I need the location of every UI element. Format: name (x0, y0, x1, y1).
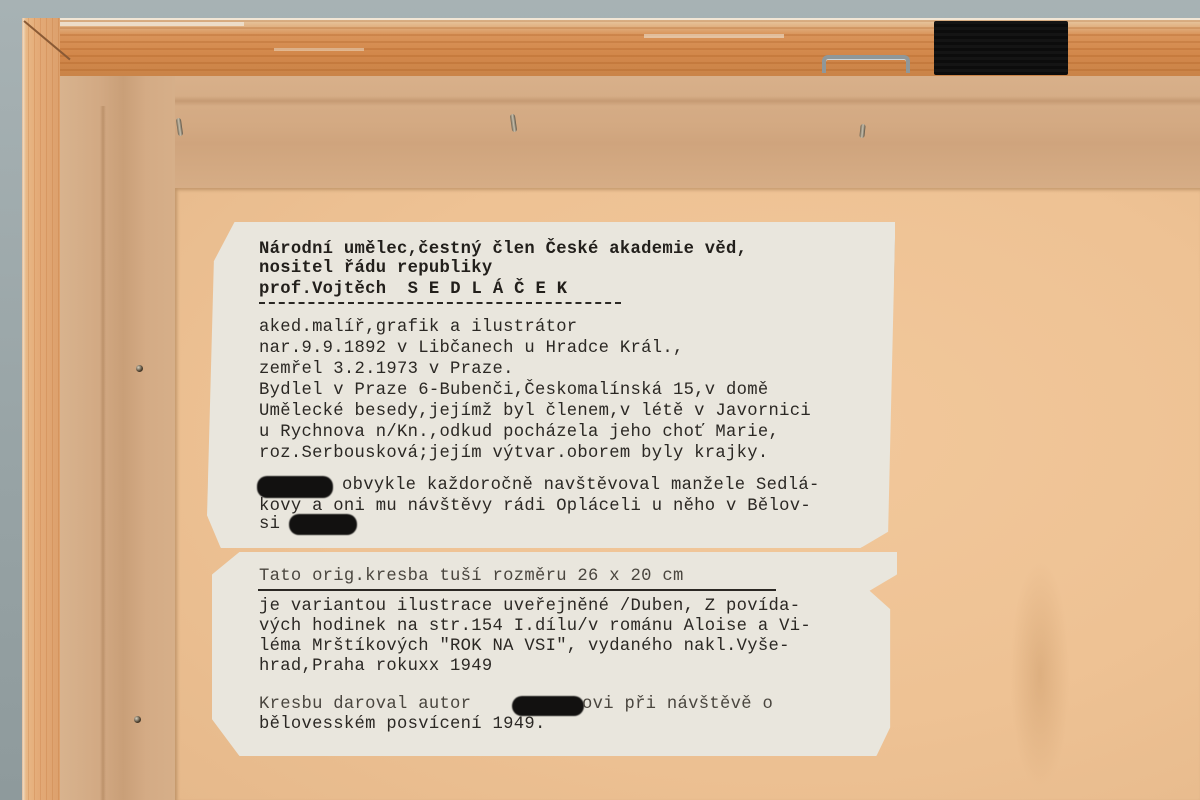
glue-stain (1010, 560, 1070, 790)
label-artist-biography: Národní umělec,čestný člen České akademi… (207, 222, 895, 548)
bio-line: zemřel 3.2.1973 v Praze. (259, 359, 514, 380)
title-underline (258, 589, 776, 591)
frame-left-rail (22, 18, 60, 800)
label-title: Tato orig.kresba tuší rozměru 26 x 20 cm (259, 566, 684, 587)
redaction-mark (289, 514, 357, 535)
header-line: nositel řádu republiky (259, 258, 493, 279)
gift-line: bělovesském posvícení 1949. (259, 714, 546, 735)
tape-fold (175, 96, 1200, 106)
body-line: hrad,Praha rokuxx 1949 (259, 656, 493, 677)
black-tape-patch (934, 21, 1068, 75)
nail-icon (136, 365, 143, 372)
nail-icon (134, 716, 141, 723)
visit-line: obvykle každoročně navštěvoval manžele S… (342, 475, 820, 496)
body-line: vých hodinek na str.154 I.dílu/v románu … (259, 616, 811, 637)
visit-line: si (259, 514, 280, 535)
bio-line: u Rychnova n/Kn.,odkud pocházela jeho ch… (259, 422, 779, 443)
body-line: léma Mrštíkových "ROK NA VSI", vydaného … (259, 636, 790, 657)
bio-line: Umělecké besedy,jejímž byl členem,v létě… (259, 401, 811, 422)
tape-fold (100, 106, 106, 800)
bio-line: roz.Serbousková;jejím výtvar.oborem byly… (259, 443, 768, 464)
hanger-staple-icon (822, 55, 910, 73)
paint-chip (644, 34, 784, 38)
name-surname: SEDLÁČEK (408, 280, 579, 299)
paint-chip (34, 22, 244, 26)
name-prefix: prof.Vojtěch (259, 280, 386, 299)
artist-name: prof.Vojtěch SEDLÁČEK (259, 279, 578, 300)
dashed-underline (259, 302, 621, 304)
redaction-mark (512, 696, 584, 716)
bio-line: aked.malíř,grafik a ilustrátor (259, 317, 577, 338)
body-line: je variantou ilustrace uveřejněné /Duben… (259, 596, 800, 617)
header-line: Národní umělec,čestný člen České akademi… (259, 239, 747, 260)
redaction-mark (257, 476, 333, 498)
gift-line-end: ovi při návštěvě o (582, 694, 773, 715)
gift-line-start: Kresbu daroval autor (259, 694, 471, 715)
kraft-tape-left (60, 76, 175, 800)
bio-line: nar.9.9.1892 v Libčanech u Hradce Král., (259, 338, 684, 359)
kraft-tape-top (60, 76, 1200, 188)
bio-line: Bydlel v Praze 6-Bubenči,Českomalínská 1… (259, 380, 768, 401)
paint-chip (274, 48, 364, 51)
label-drawing-provenance: Tato orig.kresba tuší rozměru 26 x 20 cm… (212, 552, 897, 756)
